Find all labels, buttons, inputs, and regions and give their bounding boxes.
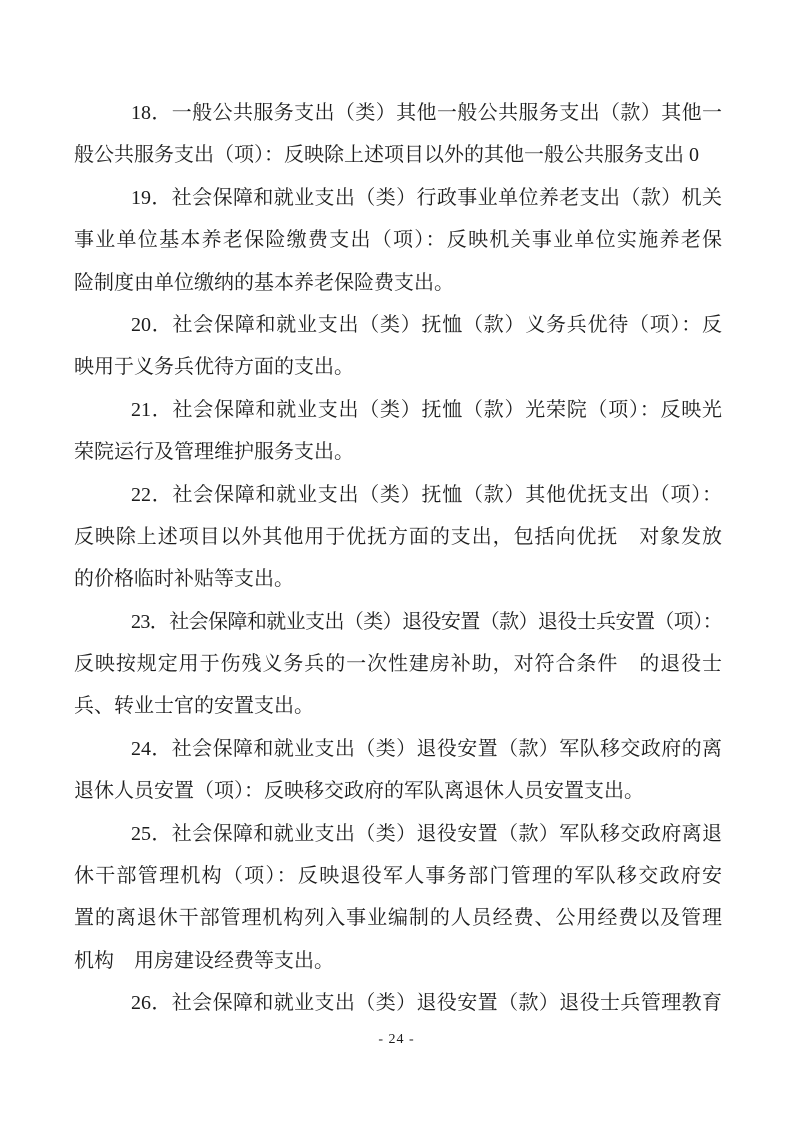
paragraph-line: 休干部管理机构（项）：反映退役军人事务部门管理的军队移交政府安 <box>74 855 722 897</box>
paragraph-line: 置的离退休干部管理机构列入事业编制的人员经费、公用经费以及管理 <box>74 897 722 939</box>
page-number: - 24 - <box>0 1032 793 1048</box>
paragraph-line: 兵、转业士官的安置支出。 <box>74 685 722 727</box>
paragraph-line: 24．社会保障和就业支出（类）退役安置（款）军队移交政府的离 <box>74 728 722 770</box>
paragraph-item-20: 20．社会保障和就业支出（类）抚恤（款）义务兵优待（项）：反 映用于义务兵优待方… <box>74 304 722 389</box>
paragraph-item-25: 25．社会保障和就业支出（类）退役安置（款）军队移交政府离退 休干部管理机构（项… <box>74 813 722 983</box>
paragraph-item-22: 22．社会保障和就业支出（类）抚恤（款）其他优抚支出（项）： 反映除上述项目以外… <box>74 474 722 601</box>
paragraph-line: 事业单位基本养老保险缴费支出（项）：反映机关事业单位实施养老保 <box>74 219 722 261</box>
paragraph-line: 19．社会保障和就业支出（类）行政事业单位养老支出（款）机关 <box>74 177 722 219</box>
paragraph-item-21: 21．社会保障和就业支出（类）抚恤（款）光荣院（项）：反映光 荣院运行及管理维护… <box>74 389 722 474</box>
paragraph-line: 险制度由单位缴纳的基本养老保险费支出。 <box>74 262 722 304</box>
paragraph-line: 反映按规定用于伤残义务兵的一次性建房补助，对符合条件 的退役士 <box>74 643 722 685</box>
paragraph-line: 21．社会保障和就业支出（类）抚恤（款）光荣院（项）：反映光 <box>74 389 722 431</box>
document-page: 18．一般公共服务支出（类）其他一般公共服务支出（款）其他一 般公共服务支出（项… <box>0 0 793 1122</box>
paragraph-line: 20．社会保障和就业支出（类）抚恤（款）义务兵优待（项）：反 <box>74 304 722 346</box>
paragraph-line: 25．社会保障和就业支出（类）退役安置（款）军队移交政府离退 <box>74 813 722 855</box>
paragraph-line: 23．社会保障和就业支出（类）退役安置（款）退役士兵安置（项）： <box>74 601 722 643</box>
paragraph-line: 22．社会保障和就业支出（类）抚恤（款）其他优抚支出（项）： <box>74 474 722 516</box>
paragraph-line: 的价格临时补贴等支出。 <box>74 558 722 600</box>
paragraph-line: 荣院运行及管理维护服务支出。 <box>74 431 722 473</box>
paragraph-item-23: 23．社会保障和就业支出（类）退役安置（款）退役士兵安置（项）： 反映按规定用于… <box>74 601 722 728</box>
paragraph-line: 映用于义务兵优待方面的支出。 <box>74 346 722 388</box>
paragraph-item-18: 18．一般公共服务支出（类）其他一般公共服务支出（款）其他一 般公共服务支出（项… <box>74 92 722 177</box>
paragraph-item-24: 24．社会保障和就业支出（类）退役安置（款）军队移交政府的离 退休人员安置（项）… <box>74 728 722 813</box>
paragraph-line: 18．一般公共服务支出（类）其他一般公共服务支出（款）其他一 <box>74 92 722 134</box>
paragraph-line: 退休人员安置（项）：反映移交政府的军队离退休人员安置支出。 <box>74 770 722 812</box>
paragraph-line: 26．社会保障和就业支出（类）退役安置（款）退役士兵管理教育 <box>74 982 722 1024</box>
paragraph-item-26: 26．社会保障和就业支出（类）退役安置（款）退役士兵管理教育 <box>74 982 722 1024</box>
document-body: 18．一般公共服务支出（类）其他一般公共服务支出（款）其他一 般公共服务支出（项… <box>74 92 722 1025</box>
paragraph-line: 般公共服务支出（项）：反映除上述项目以外的其他一般公共服务支出 0 <box>74 134 722 176</box>
paragraph-item-19: 19．社会保障和就业支出（类）行政事业单位养老支出（款）机关 事业单位基本养老保… <box>74 177 722 304</box>
paragraph-line: 反映除上述项目以外其他用于优抚方面的支出，包括向优抚 对象发放 <box>74 516 722 558</box>
paragraph-line: 机构 用房建设经费等支出。 <box>74 940 722 982</box>
